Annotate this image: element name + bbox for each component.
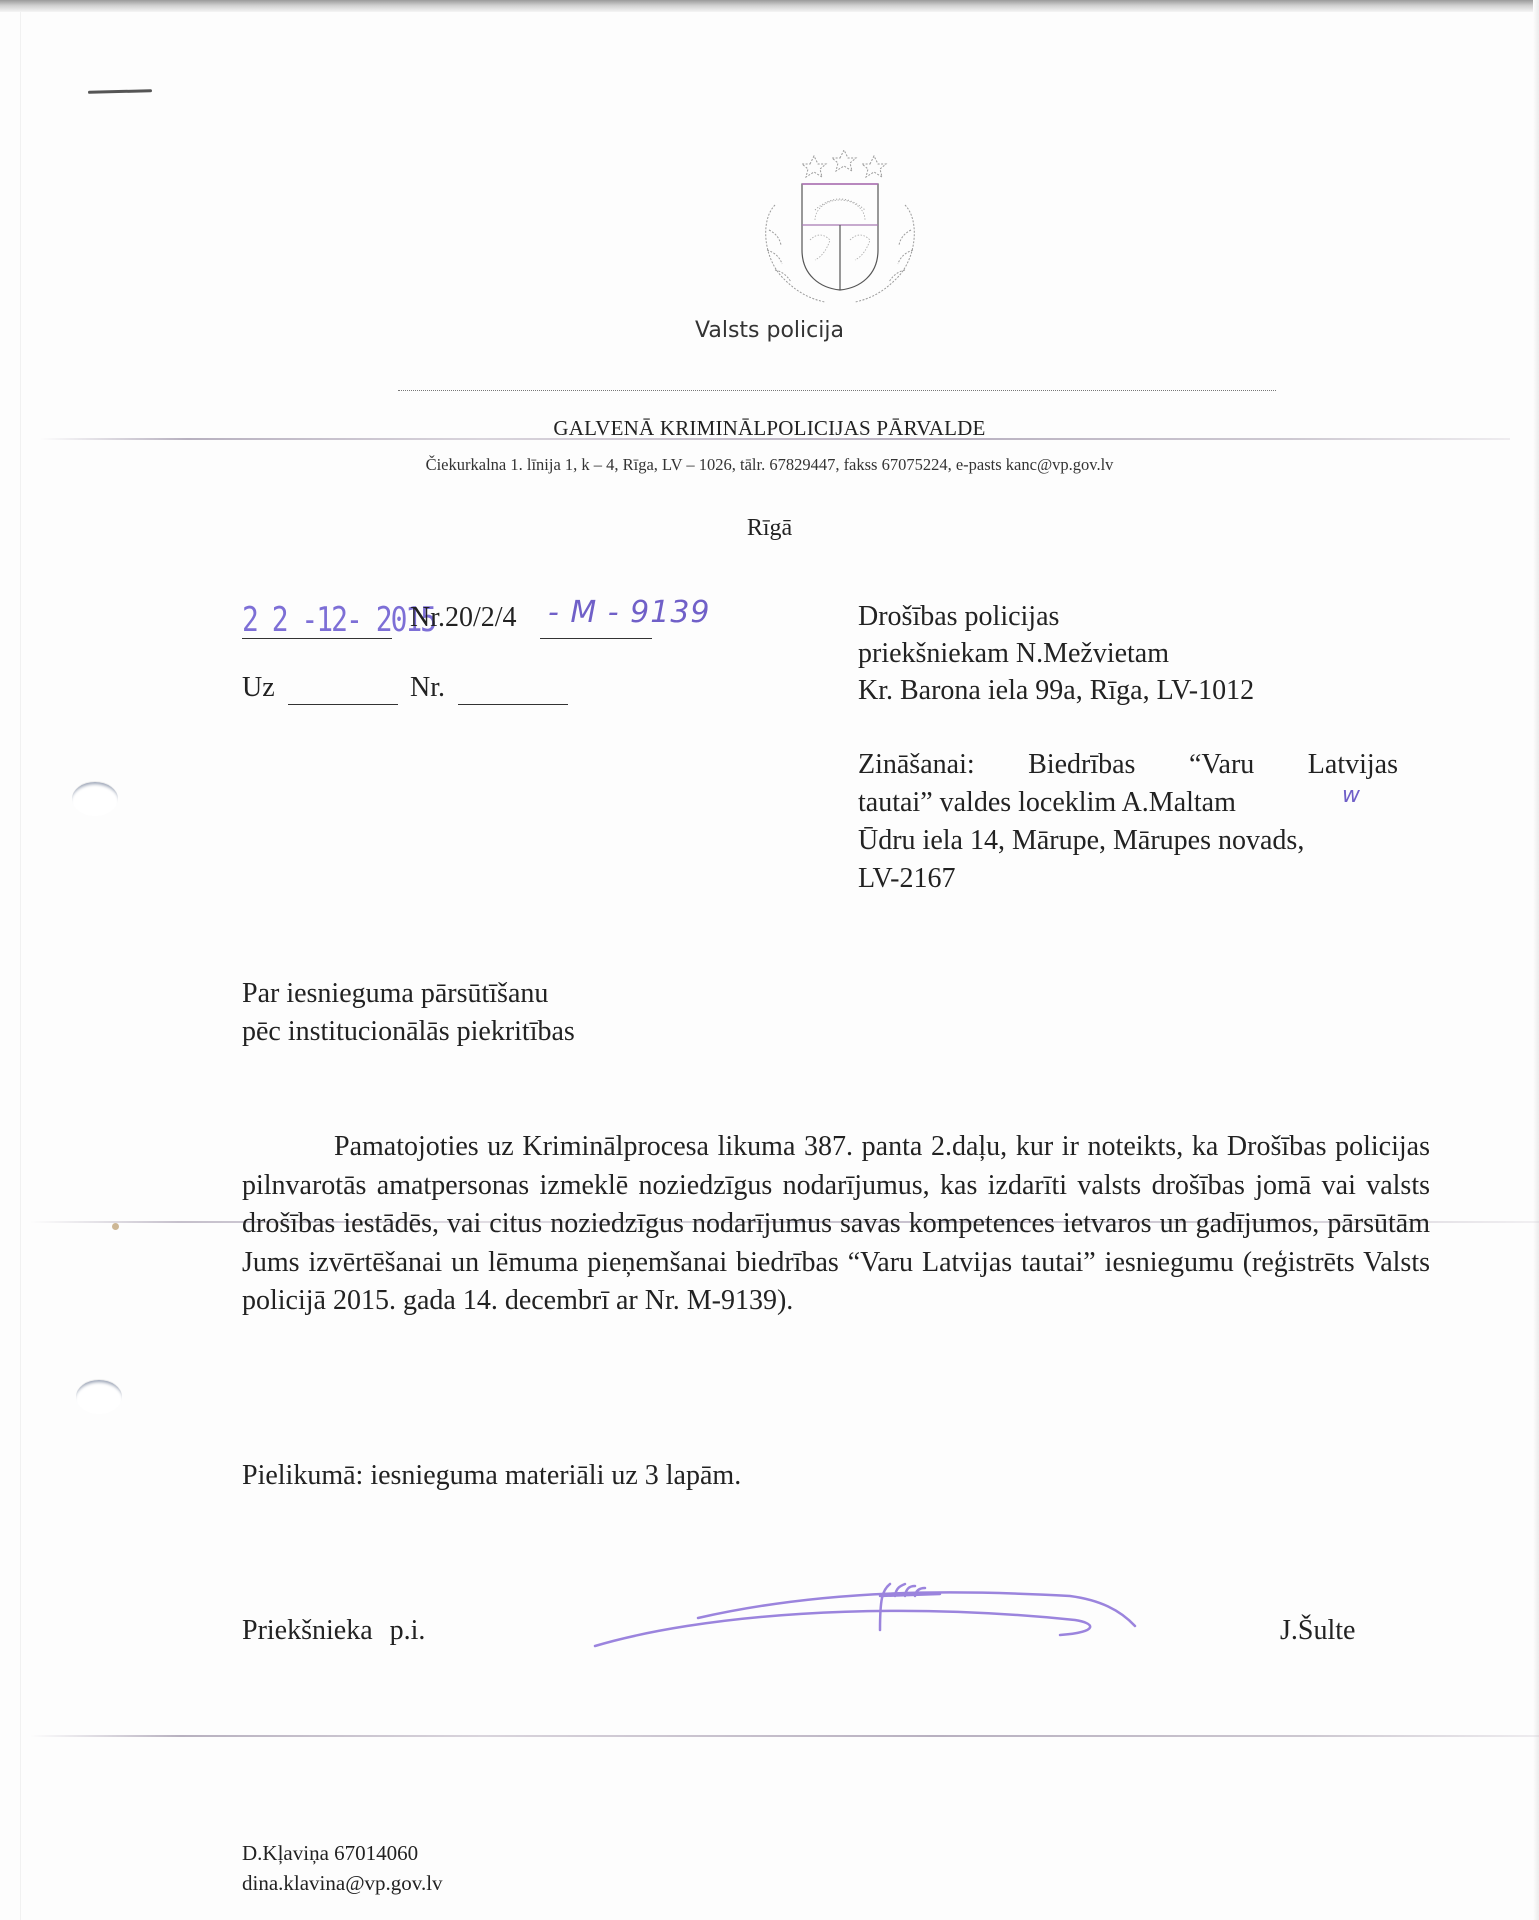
reply-nr-label: Nr. (410, 672, 445, 704)
registration-underline (540, 638, 652, 639)
recipient-block: Drošības policijas priekšniekam N.Mežvie… (858, 598, 1254, 709)
contact-name-phone: D.Kļaviņa 67014060 (242, 1838, 443, 1868)
letterhead-address: Čiekurkalna 1. līnija 1, k – 4, Rīga, LV… (0, 455, 1539, 475)
punch-hole-icon (72, 782, 118, 816)
copy-to-line: Ūdru iela 14, Mārupe, Mārupes novads, (858, 822, 1398, 860)
scan-top-edge (0, 0, 1539, 12)
margin-dash-mark (88, 89, 152, 94)
recipient-line: Kr. Barona iela 99a, Rīga, LV-1012 (858, 672, 1254, 709)
subject-line: pēc institucionālās piekritības (242, 1013, 575, 1051)
registration-number-prefix: Nr.20/2/4 (410, 602, 517, 634)
copy-to-line: Zināšanai: Biedrības “Varu Latvijas (858, 746, 1398, 784)
reply-nr-blank (458, 704, 568, 705)
handwritten-check-mark: w (1342, 783, 1360, 808)
letter-body: Pamatojoties uz Kriminālprocesa likuma 3… (242, 1128, 1430, 1321)
date-underline (242, 638, 392, 639)
copy-to-line: tautai” valdes loceklim A.Maltam (858, 784, 1398, 822)
punch-hole-icon (76, 1380, 122, 1414)
handwritten-signature (580, 1560, 1200, 1670)
organization-name: Valsts policija (0, 318, 1539, 343)
date-stamp: 2 2 -12- 2015 (242, 600, 435, 640)
signatory-title: Priekšnieka p.i. (242, 1615, 425, 1647)
fold-line (30, 1735, 1539, 1737)
registration-number-handwritten: - M - 9139 (548, 595, 711, 630)
contact-email: dina.klavina@vp.gov.lv (242, 1868, 443, 1898)
place-of-issue: Rīgā (0, 515, 1539, 542)
reply-to-label: Uz (242, 672, 275, 704)
recipient-line: Drošības policijas (858, 598, 1254, 635)
reply-to-blank (288, 704, 398, 705)
attachment-note: Pielikumā: iesnieguma materiāli uz 3 lap… (242, 1460, 741, 1492)
signatory-name: J.Šulte (1280, 1615, 1355, 1647)
subject-line: Par iesnieguma pārsūtīšanu (242, 975, 575, 1013)
contact-block: D.Kļaviņa 67014060 dina.klavina@vp.gov.l… (242, 1838, 443, 1898)
copy-to-line: LV-2167 (858, 860, 1398, 898)
scan-left-edge (20, 12, 21, 1920)
letterhead-divider (398, 390, 1276, 391)
latvia-coat-of-arms-icon (755, 150, 925, 310)
scan-right-edge (1533, 0, 1539, 1920)
department-name: GALVENĀ KRIMINĀLPOLICIJAS PĀRVALDE (0, 416, 1539, 441)
paper-speck (112, 1223, 119, 1230)
letter-subject: Par iesnieguma pārsūtīšanu pēc instituci… (242, 975, 575, 1051)
recipient-line: priekšniekam N.Mežvietam (858, 635, 1254, 672)
copy-to-block: Zināšanai: Biedrības “Varu Latvijas taut… (858, 746, 1398, 898)
